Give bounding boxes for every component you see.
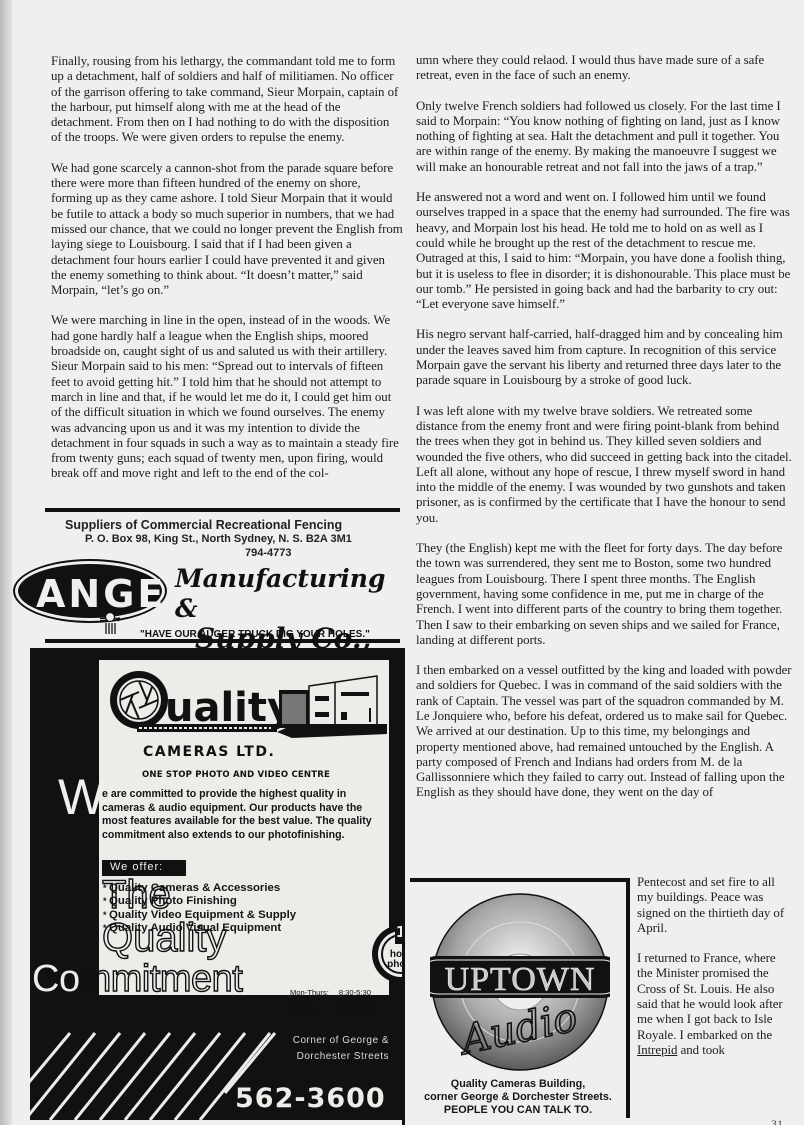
hours-day: Mon-Thurs:: [290, 988, 339, 998]
slogan-the: The: [102, 873, 171, 918]
article-paragraph: We had gone scarcely a cannon-shot from …: [51, 161, 403, 299]
article-paragraph: Only twelve French soldiers had followed…: [416, 99, 792, 175]
svg-text:uality: uality: [165, 685, 293, 731]
uptown-audio-logo-icon: UPTOWN Audio: [430, 892, 610, 1072]
caption-line: PEOPLE YOU CAN TALK TO.: [410, 1104, 626, 1117]
quality-cameras-ad: uality CAMERAS LTD. ONE STOP PHOTO AND V…: [30, 648, 404, 1120]
ad-body-text: e are committed to provide the highest q…: [102, 788, 387, 842]
script-line: Manufacturing &: [155, 564, 405, 624]
hours-day: Friday:: [290, 998, 339, 1008]
store-location: Corner of George & Dorchester Streets: [285, 1033, 389, 1065]
one-hour-photo-badge-icon: 1 hour photo Kodak Colorwatch System: [371, 920, 404, 985]
ad-headline: Suppliers of Commercial Recreational Fen…: [65, 518, 342, 532]
article-paragraph: His negro servant half-carried, half-dra…: [416, 327, 792, 388]
article-paragraph: We were marching in line in the open, in…: [51, 313, 403, 481]
page-number: 31: [771, 1117, 783, 1125]
ad-address: P. O. Box 98, King St., North Sydney, N.…: [85, 533, 352, 545]
ad-phone: 794-4773: [245, 547, 292, 559]
slogan-co: Co: [32, 958, 80, 1000]
article-paragraph: He answered not a word and went on. I fo…: [416, 190, 792, 312]
uptown-caption: Quality Cameras Building, corner George …: [410, 1078, 626, 1117]
slogan-commitment: Commitment: [32, 958, 242, 1001]
svg-text:UPTOWN: UPTOWN: [445, 961, 596, 998]
ship-name-intrepid: Intrepid: [637, 1043, 677, 1057]
hours-day: Saturday:: [290, 1007, 339, 1017]
drop-cap-w: W: [58, 768, 105, 826]
ad-badges: 1 hour photo Kodak Colorwatch System: [371, 920, 404, 985]
article-column-left: Finally, rousing from his lethargy, the …: [51, 54, 403, 497]
article-paragraph: I returned to France, where the Minister…: [637, 951, 789, 1058]
paragraph-text: and took: [677, 1043, 725, 1057]
article-column-narrow: Pentecost and set fire to all my buildin…: [637, 875, 789, 1073]
ad-slogan: "HAVE OUR AUGER TRUCK DIG YOUR HOLES.": [140, 629, 370, 640]
column-rule: [402, 648, 405, 1125]
article-paragraph: I then embarked on a vessel outfitted by…: [416, 663, 792, 801]
article-paragraph: umn where they could relaod. I would thu…: [416, 53, 792, 84]
hours-time: 8:30-5:30: [339, 988, 381, 998]
quality-logo-icon: uality: [107, 668, 387, 738]
slogan-quality: Quality: [102, 916, 227, 961]
article-paragraph: Pentecost and set fire to all my buildin…: [637, 875, 789, 936]
location-line: Corner of George &: [285, 1033, 389, 1049]
caption-line: corner George & Dorchester Streets.: [410, 1091, 626, 1104]
location-line: Dorchester Streets: [285, 1049, 389, 1065]
ad-tagline: ONE STOP PHOTO AND VIDEO CENTRE: [142, 770, 330, 780]
angel-logo-oval: ANGEL: [15, 561, 165, 621]
article-column-right: umn where they could relaod. I would thu…: [416, 53, 792, 801]
store-hours: Mon-Thurs:8:30-5:30 Friday:8:30-9:00 Sat…: [290, 988, 381, 1017]
slogan-rest: mmitment: [80, 958, 243, 1000]
hours-time: 9:00-5:00: [339, 1007, 381, 1017]
caption-line: Quality Cameras Building,: [410, 1078, 626, 1091]
hours-time: 8:30-9:00: [339, 998, 381, 1008]
angel-figure-icon: [100, 612, 120, 634]
paragraph-text: I returned to France, where the Minister…: [637, 951, 783, 1041]
article-paragraph: Finally, rousing from his lethargy, the …: [51, 54, 403, 146]
ad-phone-number: 562-3600: [235, 1083, 386, 1114]
article-paragraph: I was left alone with my twelve brave so…: [416, 404, 792, 526]
page-gutter-shadow: [0, 0, 12, 1125]
angel-manufacturing-ad: Suppliers of Commercial Recreational Fen…: [45, 508, 400, 643]
uptown-audio-ad: UPTOWN Audio Quality Cameras Building, c…: [410, 878, 630, 1118]
article-paragraph: They (the English) kept me with the flee…: [416, 541, 792, 648]
ad-company-name: CAMERAS LTD.: [143, 744, 275, 760]
